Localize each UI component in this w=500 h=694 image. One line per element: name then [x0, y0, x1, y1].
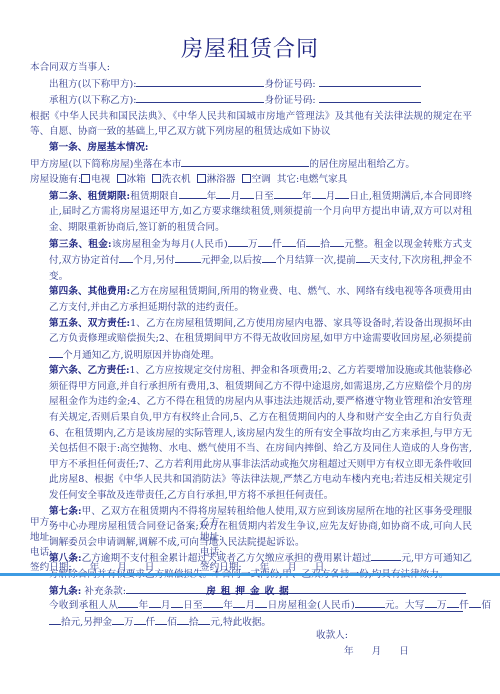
- receipt-body: 今收到承租人从年月日至年月日房屋租金(人民币)元。大写万仟佰拾元,另押金万仟佰拾…: [30, 597, 491, 630]
- wan-label: 万: [248, 239, 258, 250]
- fridge-checkbox[interactable]: [117, 174, 126, 183]
- day-label: 日: [145, 562, 155, 573]
- month-label: 月: [326, 191, 336, 202]
- year-label: 年: [90, 562, 100, 573]
- deposit-wan[interactable]: [112, 614, 124, 625]
- end-year-field[interactable]: [274, 188, 302, 199]
- day-to-label: 日至: [254, 191, 274, 202]
- receipt-bai[interactable]: [469, 597, 481, 608]
- year-label: 年: [344, 646, 354, 657]
- day-end-label: 日止: [349, 191, 369, 202]
- party-a-address: 地址:: [30, 530, 172, 545]
- receipt-end-year[interactable]: [203, 597, 223, 608]
- party-a-name: 甲方:: [30, 515, 172, 530]
- receipt-wan[interactable]: [425, 597, 437, 608]
- qian-label: 仟: [146, 617, 156, 628]
- shi-label: 拾: [189, 617, 199, 628]
- bai-label: 佰: [296, 239, 306, 250]
- shower-label: 淋浴器: [207, 174, 236, 185]
- location-prefix: 甲方房屋(以下简称房屋)坐落在本市: [30, 159, 181, 170]
- months-text: 个月,另付: [133, 255, 175, 266]
- receiver-label: 收款人:: [316, 628, 427, 644]
- date-label: 签约日期:: [200, 562, 242, 573]
- lessor-label: 出租方(以下称甲方):: [49, 79, 136, 90]
- lessee-id-label: 身份证号码:: [264, 95, 315, 106]
- article1-facilities: 房屋设施有:电视 冰箱 洗衣机 淋浴器 空调 其它:电燃气家具: [30, 172, 472, 188]
- article3-heading: 第三条、租金:: [49, 239, 112, 250]
- deposit-bai[interactable]: [155, 614, 167, 625]
- section-divider: [0, 573, 500, 576]
- rent-shi-field[interactable]: [306, 236, 320, 247]
- tv-label: 电视: [91, 174, 110, 185]
- deposit-text: 元押金,以后按: [201, 255, 262, 266]
- party-b-name: 乙方:: [200, 515, 342, 530]
- month-label: 月: [287, 562, 297, 573]
- lessee-row: 承租方(以下称乙方):身份证号码:: [30, 92, 472, 109]
- year-label: 年: [207, 191, 217, 202]
- wan-label: 万: [437, 600, 447, 611]
- lessor-id-field[interactable]: [319, 76, 421, 87]
- party-b-address: 地址:: [200, 530, 342, 545]
- article6-text: 1、乙方应按规定交付房租、押金和各项费用;2、乙方若要增加设施或其他装修必须征得…: [49, 365, 472, 501]
- deposit-label: 元,另押金: [71, 617, 112, 628]
- receiver-date: 年月日: [316, 644, 427, 660]
- article3: 第三条、租金:该房屋租金为每月(人民币)万仟佰拾元整。租金以现金转账方式支付,双…: [30, 236, 472, 285]
- deposit-shi[interactable]: [177, 614, 189, 625]
- receipt-start-year[interactable]: [118, 597, 138, 608]
- article5-heading: 第五条、双方责任:: [49, 318, 130, 329]
- receipt-end: 元,特此收据。: [210, 617, 271, 628]
- parties-intro: 本合同双方当事人:: [30, 60, 472, 76]
- year-label: 年: [223, 600, 233, 611]
- start-day-field[interactable]: [240, 188, 254, 199]
- year-label: 年: [138, 600, 148, 611]
- lessee-id-field[interactable]: [319, 92, 421, 103]
- deposit-field[interactable]: [175, 252, 201, 263]
- bai-label: 佰: [481, 600, 491, 611]
- receipt-shi[interactable]: [49, 614, 61, 625]
- tv-checkbox[interactable]: [81, 174, 90, 183]
- article1-heading: 第一条、房屋基本情况:: [30, 140, 472, 156]
- receipt-start-month[interactable]: [149, 597, 161, 608]
- end-day-field[interactable]: [335, 188, 349, 199]
- party-b-signature: 乙方: 地址: 电话: 签约日期:年月日: [200, 515, 342, 575]
- party-a-phone: 电话:: [30, 545, 172, 560]
- month-label: 月: [161, 600, 171, 611]
- receiver-block: 收款人: 年月日: [316, 628, 427, 659]
- shi-label: 拾: [320, 239, 330, 250]
- shower-checkbox[interactable]: [197, 174, 206, 183]
- article4-heading: 第四条、其他费用:: [49, 286, 130, 297]
- location-field[interactable]: [181, 156, 309, 167]
- rent-text: 该房屋租金为每月(人民币): [112, 239, 228, 250]
- document-title: 房屋租赁合同: [0, 32, 500, 63]
- qian-label: 仟: [459, 600, 469, 611]
- settle-months-field[interactable]: [262, 252, 276, 263]
- article5-text-b: 个月通知乙方,说明原因并协商处理。: [63, 350, 220, 361]
- article1-location: 甲方房屋(以下简称房屋)坐落在本市的居住房屋出租给乙方。: [30, 156, 472, 173]
- rent-wan-field[interactable]: [228, 236, 248, 247]
- contract-page: 房屋租赁合同 本合同双方当事人: 出租方(以下称甲方):身份证号码: 承租方(以…: [0, 0, 500, 694]
- year-label: 年: [260, 562, 270, 573]
- location-suffix: 的居住房屋出租给乙方。: [309, 159, 415, 170]
- date-label: 签约日期:: [30, 562, 72, 573]
- ac-checkbox[interactable]: [242, 174, 251, 183]
- year-label: 年: [302, 191, 312, 202]
- receipt-title: 房租押金收据: [0, 583, 500, 597]
- washer-label: 洗衣机: [162, 174, 191, 185]
- overdue-amount-field[interactable]: [371, 550, 401, 561]
- lessee-name-field[interactable]: [136, 92, 264, 103]
- start-year-field[interactable]: [179, 188, 207, 199]
- ac-label: 空调: [252, 174, 271, 185]
- washer-checkbox[interactable]: [152, 174, 161, 183]
- article2-text: 租赁期限自: [130, 191, 179, 202]
- party-b-phone: 电话:: [200, 545, 342, 560]
- shi-label: 拾: [61, 617, 71, 628]
- facilities-label: 房屋设施有:: [30, 174, 81, 185]
- end-month-field[interactable]: [312, 188, 326, 199]
- rent-qian-field[interactable]: [258, 236, 272, 247]
- article5: 第五条、双方责任:1、乙方在房屋租赁期间,乙方使用房屋内电器、家具等设备时,若设…: [30, 316, 472, 364]
- deposit-qian[interactable]: [134, 614, 146, 625]
- day-to-label: 日至: [183, 600, 203, 611]
- article6: 第六条、乙方责任:1、乙方应按规定交付房租、押金和各项费用;2、乙方若要增加设施…: [30, 363, 472, 503]
- month-label: 月: [230, 191, 240, 202]
- fridge-label: 冰箱: [127, 174, 146, 185]
- bai-label: 佰: [167, 617, 177, 628]
- rent-bai-field[interactable]: [282, 236, 296, 247]
- article2: 第二条、租赁期限:租赁期限自年月日至年月日止,租赁期满后,本合同即终止,届时乙方…: [30, 188, 472, 236]
- receipt-text: 今收到承租人从: [49, 600, 118, 611]
- receipt-amount[interactable]: [355, 597, 385, 608]
- month-label: 月: [372, 646, 382, 657]
- month-label: 月: [245, 600, 255, 611]
- article6-heading: 第六条、乙方责任:: [49, 365, 130, 376]
- lessor-row: 出租方(以下称甲方):身份证号码:: [30, 76, 472, 93]
- preamble: 根据《中华人民共和国民法典》、《中华人民共和国城市房地产管理法》及其他有关法律法…: [30, 109, 472, 140]
- yuan-label: 元整: [344, 239, 364, 250]
- deposit-yuan[interactable]: [198, 614, 210, 625]
- notice-months-field[interactable]: [49, 347, 63, 358]
- yuan-label: 元: [385, 600, 395, 611]
- lessee-label: 承租方(以下称乙方):: [49, 95, 136, 106]
- lessor-name-field[interactable]: [136, 76, 264, 87]
- start-month-field[interactable]: [216, 188, 230, 199]
- other-facilities: 其它:电燃气家具: [277, 174, 347, 185]
- receipt-end-day[interactable]: [255, 597, 267, 608]
- article4: 第四条、其他费用:乙方在房屋租赁期间,所用的物业费、电、燃气、水、网络有线电视等…: [30, 284, 472, 315]
- day-label: 日: [315, 562, 325, 573]
- first-months-field[interactable]: [119, 252, 133, 263]
- day-label: 日: [399, 646, 409, 657]
- receipt-qian[interactable]: [447, 597, 459, 608]
- receipt-start-day[interactable]: [171, 597, 183, 608]
- month-label: 月: [117, 562, 127, 573]
- qian-label: 仟: [272, 239, 282, 250]
- advance-days-field[interactable]: [356, 252, 370, 263]
- article2-heading: 第二条、租赁期限:: [49, 191, 130, 202]
- party-a-signature: 甲方: 地址: 电话: 签约日期:年月日: [30, 515, 172, 575]
- rent-yuan-field[interactable]: [330, 236, 344, 247]
- settle-text: 个月结算一次,提前: [276, 255, 356, 266]
- lessor-id-label: 身份证号码:: [264, 79, 315, 90]
- receipt-end-month[interactable]: [233, 597, 245, 608]
- rent-label: 日房屋租金(人民币): [267, 600, 354, 611]
- wan-label: 万: [124, 617, 134, 628]
- daxie-label: 。大写: [395, 600, 425, 611]
